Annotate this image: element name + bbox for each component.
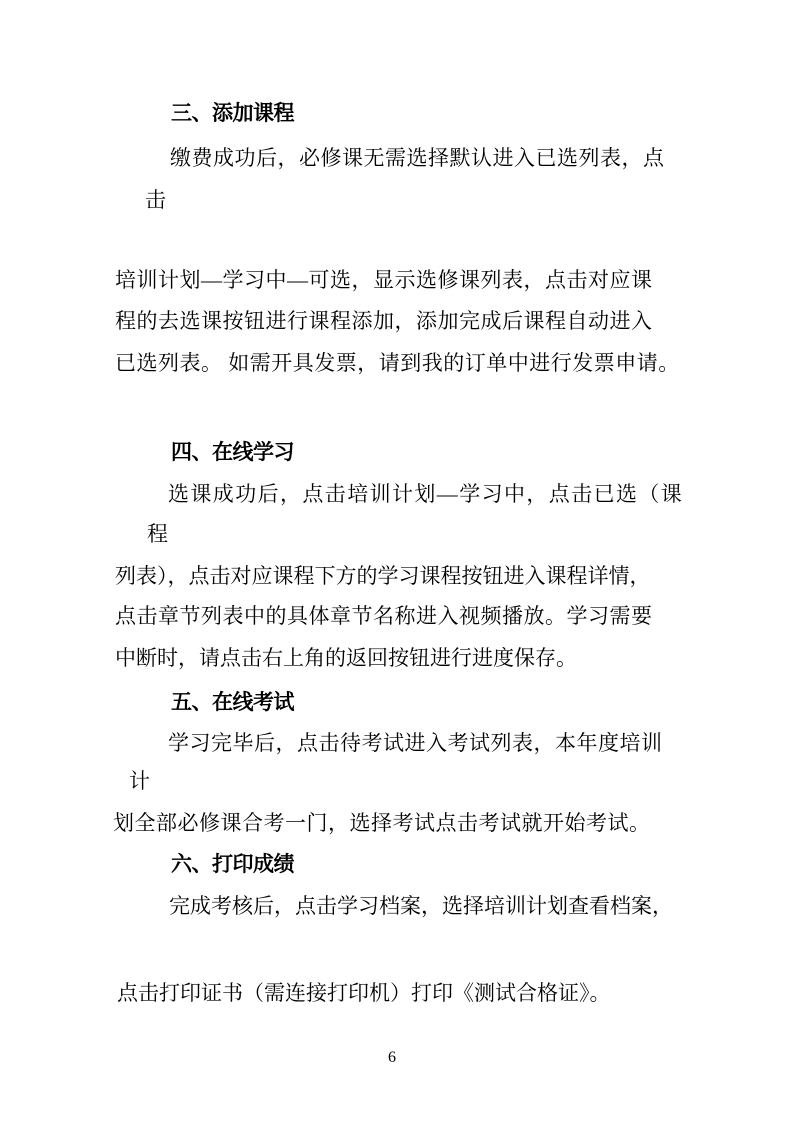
- text-line: 选课成功后，点击培训计划—学习中，点击已选（课: [168, 482, 683, 507]
- section-heading-6: 六、打印成绩: [171, 852, 294, 877]
- text-line: 程: [147, 522, 169, 547]
- text-line: 点击章节列表中的具体章节名称进入视频播放。学习需要: [115, 604, 653, 629]
- text-line: 中断时，请点击右上角的返回按钮进行进度保存。: [115, 646, 577, 671]
- section-heading-5: 五、在线考试: [171, 690, 294, 715]
- page-number: 6: [388, 1045, 396, 1070]
- section-heading-4: 四、在线学习: [171, 440, 294, 465]
- text-line: 击: [145, 188, 167, 213]
- text-line: 已选列表。 如需开具发票，请到我的订单中进行发票申请。: [115, 351, 680, 376]
- text-line: 完成考核后，点击学习档案，选择培训计划查看档案，: [169, 894, 673, 919]
- text-line: 培训计划—学习中—可选，显示选修课列表，点击对应课: [115, 268, 653, 293]
- text-line: 学习完毕后，点击待考试进入考试列表，本年度培训: [168, 731, 663, 756]
- text-line: 缴费成功后，必修课无需选择默认进入已选列表，点: [170, 146, 665, 171]
- text-line: 列表），点击对应课程下方的学习课程按钮进入课程详情，: [115, 564, 651, 589]
- document-page: 三、添加课程 缴费成功后，必修课无需选择默认进入已选列表，点 击 培训计划—学习…: [0, 0, 794, 1123]
- text-line: 划全部必修课合考一门，选择考试点击考试就开始考试。: [113, 811, 651, 836]
- text-line: 点击打印证书（需连接打印机）打印《测试合格证》。: [117, 981, 611, 1006]
- text-line: 程的去选课按钮进行课程添加，添加完成后课程自动进入: [115, 309, 653, 334]
- section-heading-3: 三、添加课程: [171, 101, 294, 126]
- text-line: 计: [129, 769, 151, 794]
